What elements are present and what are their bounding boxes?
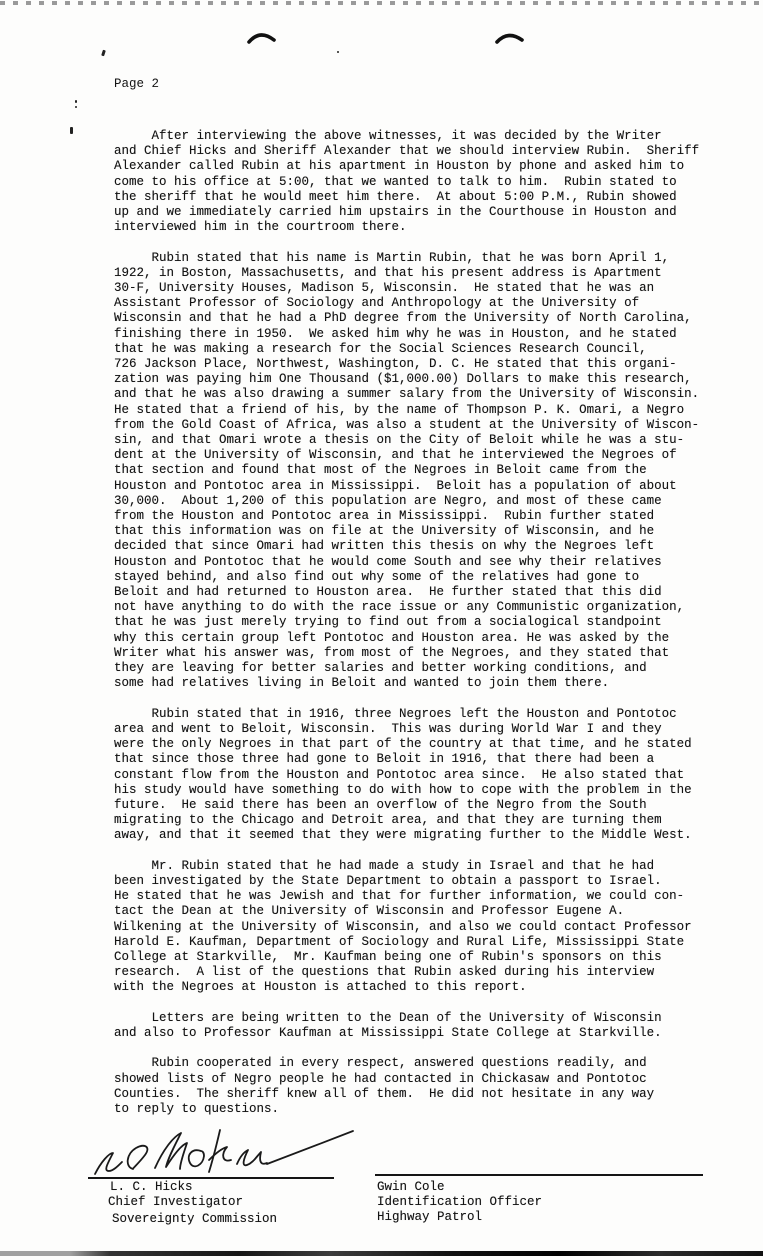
staple-mark-right-icon [495, 29, 525, 47]
staple-mark-left-icon [246, 29, 278, 47]
signature-line-right [375, 1174, 703, 1176]
signer-left-name: L. C. Hicks [110, 1180, 193, 1195]
paragraph-interview-decision: After interviewing the above witnesses, … [114, 129, 724, 235]
signer-left-title: Chief Investigator [108, 1195, 243, 1210]
signer-left-org: Sovereignty Commission [112, 1212, 277, 1227]
scan-speck [337, 51, 339, 53]
signer-right-org: Highway Patrol [377, 1210, 482, 1225]
page-number: Page 2 [114, 77, 159, 92]
scan-speck [75, 100, 77, 103]
paragraph-rubin-background: Rubin stated that his name is Martin Rub… [114, 251, 724, 692]
signer-right-title: Identification Officer [377, 1195, 542, 1210]
document-body: After interviewing the above witnesses, … [114, 129, 724, 1132]
scan-speck [75, 106, 77, 108]
paragraph-letters: Letters are being written to the Dean of… [114, 1011, 724, 1041]
paragraph-cooperation: Rubin cooperated in every respect, answe… [114, 1056, 724, 1117]
signature-line-left [88, 1177, 334, 1179]
scan-speck [70, 127, 73, 134]
paragraph-1916-migration: Rubin stated that in 1916, three Negroes… [114, 707, 724, 844]
scan-speck [101, 50, 106, 57]
document-page: Page 2 After interviewing the above witn… [0, 0, 763, 1260]
paragraph-israel-study: Mr. Rubin stated that he had made a stud… [114, 859, 724, 996]
scan-edge-bottom [0, 1251, 763, 1256]
signer-right-name: Gwin Cole [377, 1180, 445, 1195]
scan-edge-top [0, 1, 763, 5]
